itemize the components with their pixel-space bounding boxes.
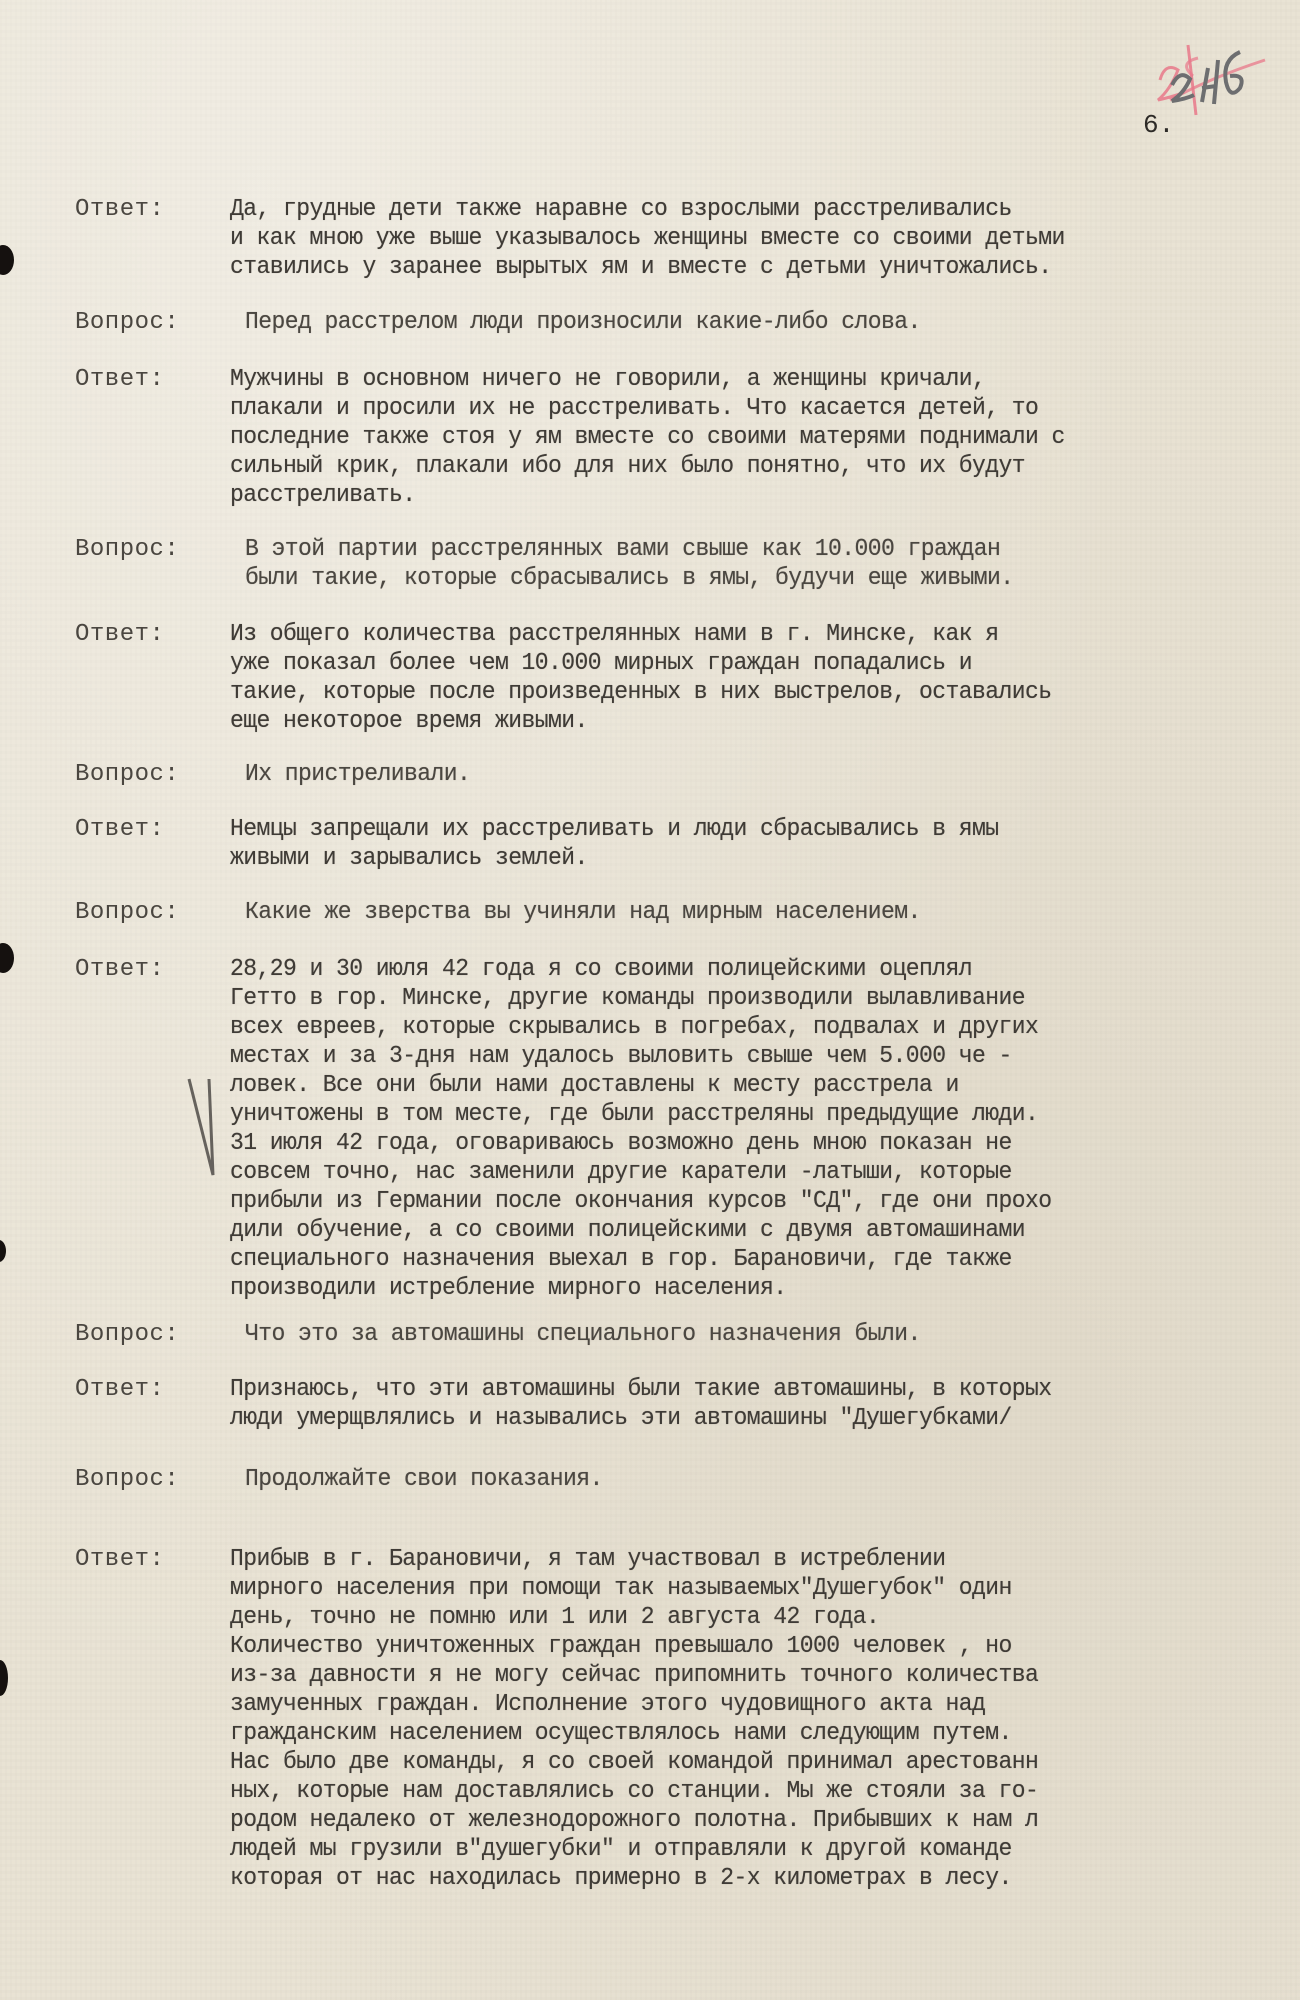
text-line: специального назначения выехал в гор. Ба… [230,1245,1267,1274]
page-number: 6. [1143,110,1174,140]
text-line: еще некоторое время живыми. [230,707,1267,736]
text-line: люди умерщвлялись и назывались эти автом… [230,1404,1267,1433]
question-label: Вопрос: [75,308,179,337]
text-line: Их пристреливали. [245,760,1282,789]
question-label: Вопрос: [75,760,179,789]
question-label: Вопрос: [75,535,179,564]
answer-label: Ответ: [75,195,164,224]
text-line: Немцы запрещали их расстреливать и люди … [230,815,1267,844]
text-line: всех евреев, которые скрывались в погреб… [230,1013,1267,1042]
text-line: Гетто в гор. Минске, другие команды прои… [230,984,1267,1013]
answer-label: Ответ: [75,1375,164,1404]
folio-handwriting-icon [1130,30,1270,120]
answer-label: Ответ: [75,1545,164,1574]
text-line: гражданским населением осуществлялось на… [230,1719,1267,1748]
text-line: плакали и просили их не расстреливать. Ч… [230,394,1267,423]
text-line: Признаюсь, что эти автомашины были такие… [230,1375,1267,1404]
binding-hole [0,943,14,973]
entry-text: 28,29 и 30 июля 42 года я со своими поли… [230,955,1300,1303]
text-line: прибыли из Германии после окончания курс… [230,1187,1267,1216]
text-line: Перед расстрелом люди произносили какие-… [245,308,1282,337]
entry-text: В этой партии расстрелянных вами свыше к… [245,535,1300,593]
text-line: Что это за автомашины специального назна… [245,1320,1282,1349]
text-line: сильный крик, плакали ибо для них было п… [230,452,1267,481]
text-line: Прибыв в г. Барановичи, я там участвовал… [230,1545,1267,1574]
text-line: ных, которые нам доставлялись со станции… [230,1777,1267,1806]
entry-text: Из общего количества расстрелянных нами … [230,620,1300,736]
pencil-check-mark-icon [185,1075,225,1185]
text-line: мирного населения при помощи так называе… [230,1574,1267,1603]
text-line: живыми и зарывались землей. [230,844,1267,873]
entry-text: Какие же зверства вы учиняли над мирным … [245,898,1300,927]
entry-text: Да, грудные дети также наравне со взросл… [230,195,1300,282]
document-page: 6. Ответ:Да, грудные дети также наравне … [0,0,1300,2000]
text-line: ставились у заранее вырытых ям и вместе … [230,253,1267,282]
answer-label: Ответ: [75,955,164,984]
text-line: дили обучение, а со своими полицейскими … [230,1216,1267,1245]
answer-label: Ответ: [75,620,164,649]
text-line: из-за давности я не могу сейчас припомни… [230,1661,1267,1690]
entry-text: Что это за автомашины специального назна… [245,1320,1300,1349]
text-line: которая от нас находилась примерно в 2-х… [230,1864,1267,1893]
text-line: были такие, которые сбрасывались в ямы, … [245,564,1282,593]
question-label: Вопрос: [75,898,179,927]
text-line: расстреливать. [230,481,1267,510]
entry-text: Продолжайте свои показания. [245,1465,1300,1494]
text-line: замученных граждан. Исполнение этого чуд… [230,1690,1267,1719]
text-line: местах и за 3-дня нам удалось выловить с… [230,1042,1267,1071]
entry-text: Перед расстрелом люди произносили какие-… [245,308,1300,337]
question-label: Вопрос: [75,1465,179,1494]
text-line: Да, грудные дети также наравне со взросл… [230,195,1267,224]
question-label: Вопрос: [75,1320,179,1349]
text-line: 31 июля 42 года, оговариваюсь возможно д… [230,1129,1267,1158]
text-line: Нас было две команды, я со своей командо… [230,1748,1267,1777]
entry-text: Их пристреливали. [245,760,1300,789]
text-line: Количество уничтоженных граждан превышал… [230,1632,1267,1661]
entry-text: Немцы запрещали их расстреливать и люди … [230,815,1300,873]
binding-hole [0,245,14,275]
text-line: и как мною уже выше указывалось женщины … [230,224,1267,253]
text-line: В этой партии расстрелянных вами свыше к… [245,535,1282,564]
text-line: день, точно не помню или 1 или 2 августа… [230,1603,1267,1632]
text-line: такие, которые после произведенных в них… [230,678,1267,707]
text-line: уничтожены в том месте, где были расстре… [230,1100,1267,1129]
text-line: последние также стоя у ям вместе со свои… [230,423,1267,452]
text-line: ловек. Все они были нами доставлены к ме… [230,1071,1267,1100]
text-line: производили истребление мирного населени… [230,1274,1267,1303]
folio-number [1130,30,1270,120]
entry-text: Прибыв в г. Барановичи, я там участвовал… [230,1545,1300,1893]
text-line: Продолжайте свои показания. [245,1465,1282,1494]
binding-hole [0,1240,6,1262]
answer-label: Ответ: [75,365,164,394]
text-line: 28,29 и 30 июля 42 года я со своими поли… [230,955,1267,984]
text-line: Мужчины в основном ничего не говорили, а… [230,365,1267,394]
text-line: людей мы грузили в"душегубки" и отправля… [230,1835,1267,1864]
text-line: родом недалеко от железнодорожного полот… [230,1806,1267,1835]
binding-hole [0,1660,8,1696]
text-line: уже показал более чем 10.000 мирных граж… [230,649,1267,678]
entry-text: Признаюсь, что эти автомашины были такие… [230,1375,1300,1433]
text-line: Из общего количества расстрелянных нами … [230,620,1267,649]
answer-label: Ответ: [75,815,164,844]
text-line: совсем точно, нас заменили другие карате… [230,1158,1267,1187]
text-line: Какие же зверства вы учиняли над мирным … [245,898,1282,927]
entry-text: Мужчины в основном ничего не говорили, а… [230,365,1300,510]
